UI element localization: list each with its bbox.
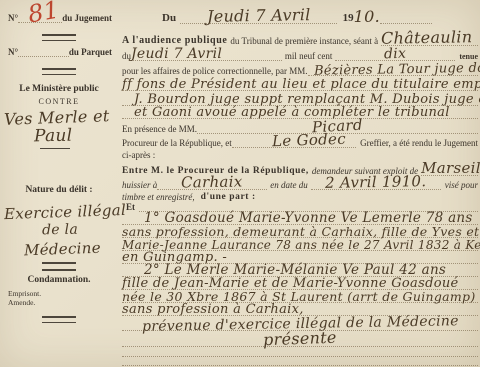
- prevenue2-text: sans profession à Carhaix,: [122, 302, 304, 317]
- margin-divider: [42, 316, 76, 323]
- margin-column: N° du Jugement 81 N° du Parquet Le Minis…: [0, 0, 118, 367]
- du-small: du: [122, 51, 131, 61]
- prevenue1-text: sans profession, demeurant à Carhaix, fi…: [122, 224, 480, 239]
- empty-rule-row: [122, 357, 478, 366]
- nature-handwritten-3: Médecine: [24, 239, 101, 260]
- margin-divider: [42, 68, 76, 75]
- margin-divider-double: [42, 262, 76, 271]
- mil-neuf-cent: mil neuf cent: [285, 51, 332, 61]
- ministere-public-label: Le Ministère public: [0, 84, 118, 94]
- presente-row: présente: [122, 331, 478, 347]
- president-handwritten: ff fons de Président au lieu et place du…: [122, 77, 480, 92]
- parquet-no-blank: [18, 46, 69, 57]
- date-handwritten: Jeudi 7 Avril: [206, 5, 310, 26]
- judgment-label: du Jugement: [62, 13, 112, 23]
- margin-divider: [42, 34, 76, 41]
- empty-rule-row: [122, 347, 478, 357]
- nature-handwritten-1: Exercice illégal: [4, 201, 127, 223]
- emprisonnement-label: Emprisont.: [8, 289, 41, 298]
- parquet-label: du Parquet: [69, 47, 112, 57]
- audience-text: du Tribunal de première instance, séant …: [230, 36, 378, 46]
- judge-line-1: ff fons de Président au lieu et place du…: [122, 76, 478, 91]
- audience-line-1: A l'audience publique du Tribunal de pre…: [122, 30, 478, 46]
- audience-bold: A l'audience publique: [122, 35, 227, 46]
- year-printed: 19: [343, 12, 354, 24]
- contre-label: CONTRE: [0, 97, 118, 106]
- judgment-number-value: 81: [26, 0, 62, 28]
- date-header-row: Du Jeudi 7 Avril 19 10.: [122, 6, 432, 24]
- nature-delit-label: Nature du délit :: [0, 185, 118, 195]
- parquet-number-row: N° du Parquet: [8, 46, 112, 57]
- audience-line-3: pour les affaires de police correctionne…: [122, 61, 478, 76]
- huissier-row: huissier à Carhaix en date du 2 Avril 19…: [122, 175, 478, 190]
- ci-apres-label: ci-après :: [122, 150, 155, 160]
- dix-handwritten: dix: [384, 46, 407, 63]
- city-handwritten: Châteaulin: [381, 27, 473, 48]
- affaires-text: pour les affaires de police correctionne…: [122, 66, 308, 76]
- procureur-row: Procureur de la République, et Le Godec …: [122, 133, 478, 148]
- condamnation-label: Condamnation.: [0, 275, 118, 285]
- margin-stroke: [40, 148, 70, 149]
- nature-handwritten-2: de la: [42, 222, 78, 239]
- audience-line-2: du Jeudi 7 Avril mil neuf cent dix tenue: [122, 46, 478, 61]
- tenue-label: tenue: [459, 52, 478, 61]
- scanned-judgment-document: { "colors": { "paper": "#e9e1cc", "print…: [0, 0, 480, 367]
- judgment-no-label: N°: [8, 13, 18, 23]
- du-label: Du: [162, 12, 176, 24]
- parquet-no-label: N°: [8, 47, 18, 57]
- defendants-handwritten-2: Paul: [34, 126, 73, 147]
- date2-handwritten: Jeudi 7 Avril: [131, 46, 222, 62]
- amende-label: Amende.: [8, 298, 35, 307]
- judge-line-2: J. Bourdon juge suppt remplaçant M. Dubo…: [122, 91, 478, 106]
- prevenue1-line2: sans profession, demeurant à Carhaix, fi…: [122, 225, 478, 238]
- year-handwritten: 10.: [354, 7, 380, 26]
